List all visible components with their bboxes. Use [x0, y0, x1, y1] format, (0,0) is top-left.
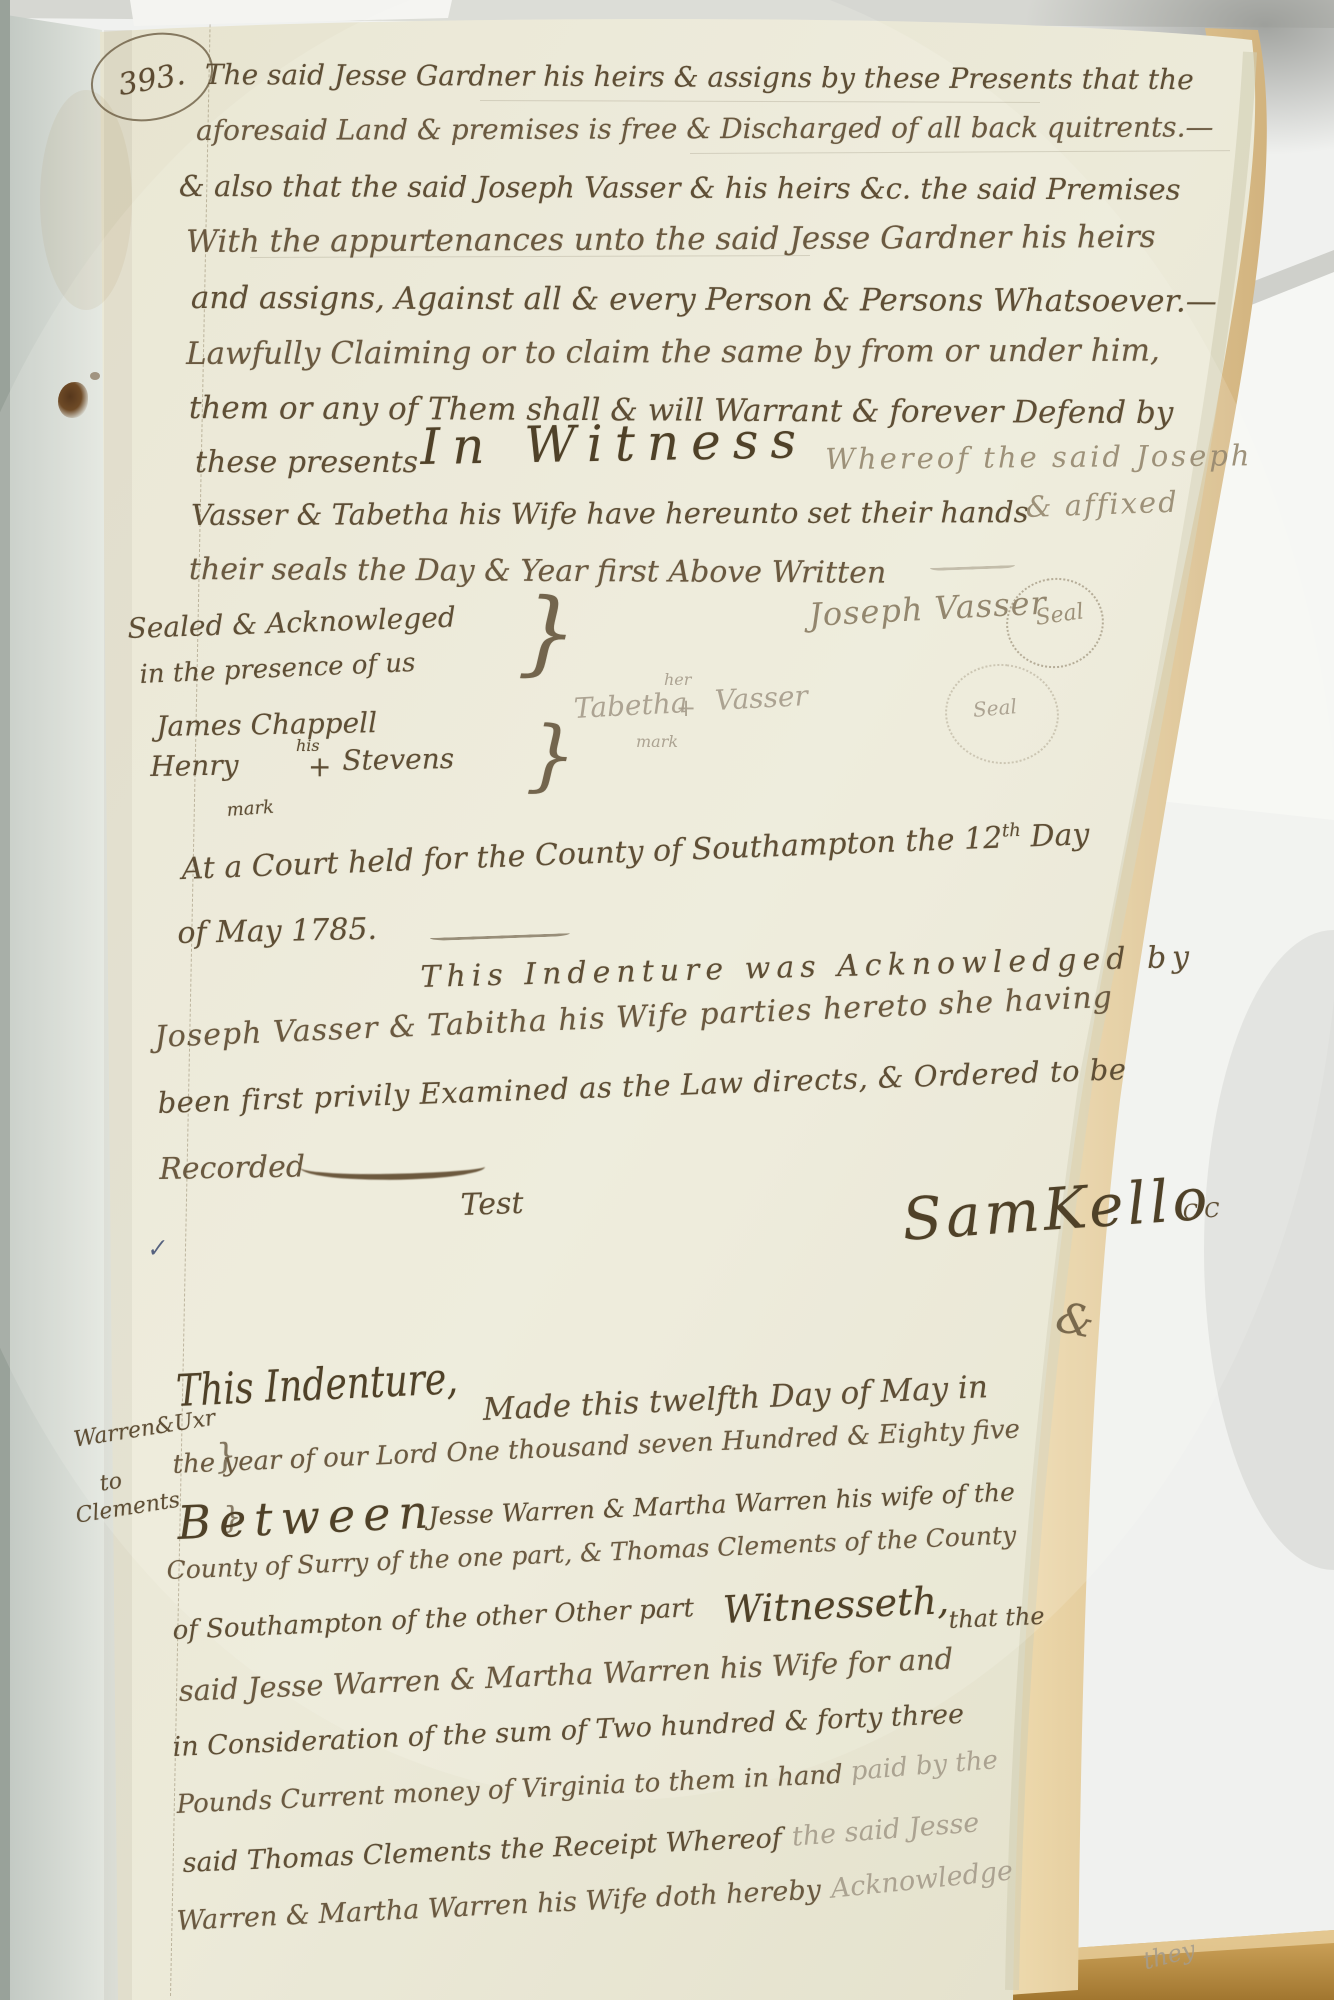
deed-line: Lawfully Claiming or to claim the same b… [186, 333, 1160, 372]
check-mark: ✓ [144, 1233, 168, 1264]
in-witness-phrase: In Witness [420, 411, 809, 476]
ink-speck [90, 372, 100, 380]
manuscript-photo: 393. The said Jesse Gardner his heirs & … [0, 0, 1334, 2000]
court-line: of May 1785. [177, 912, 377, 951]
deed-line: Whereof the said Joseph [825, 438, 1253, 476]
ink-stain [58, 382, 88, 418]
ordinal-suffix: th [1002, 820, 1022, 842]
deed-line: these presents [195, 445, 418, 480]
clerk-title: C C [1182, 1197, 1221, 1224]
attestation-brace: } [517, 588, 579, 677]
deed-line: The said Jesse Gardner his heirs & assig… [205, 58, 1194, 96]
mark-label: mark [636, 732, 678, 751]
acknowledgment-line: Recorded [159, 1149, 305, 1187]
foxing-patch [40, 90, 132, 310]
attestation-brace: } [525, 718, 577, 794]
deed-line: & affixed [1025, 485, 1179, 524]
seal-label: Seal [972, 694, 1018, 722]
deed-line: that the [948, 1602, 1045, 1634]
witness-mark-cross: + [308, 750, 331, 783]
deed-line: aforesaid Land & premises is free & Disc… [196, 110, 1214, 147]
mark-label: mark [226, 797, 275, 821]
margin-note-line: to [98, 1469, 124, 1497]
party-signature: Vasser [714, 679, 809, 717]
signature-mark-cross: + [676, 694, 696, 722]
her-label: her [664, 670, 691, 689]
deed-line: & also that the said Joseph Vasser & his… [179, 169, 1181, 206]
party-signature: Tabetha [573, 686, 688, 725]
court-text: Day [1030, 817, 1090, 854]
test-label: Test [460, 1186, 524, 1223]
witness-signature: James Chappell [156, 706, 377, 743]
page-number: 393. [115, 57, 187, 103]
witness-signature: Stevens [342, 742, 454, 777]
deed-line: Vasser & Tabetha his Wife have hereunto … [191, 495, 1029, 532]
deed-line: and assigns, Against all & every Person … [191, 280, 1217, 320]
witness-signature: Henry [150, 748, 239, 783]
deed-line: With the appurtenances unto the said Jes… [186, 219, 1156, 260]
